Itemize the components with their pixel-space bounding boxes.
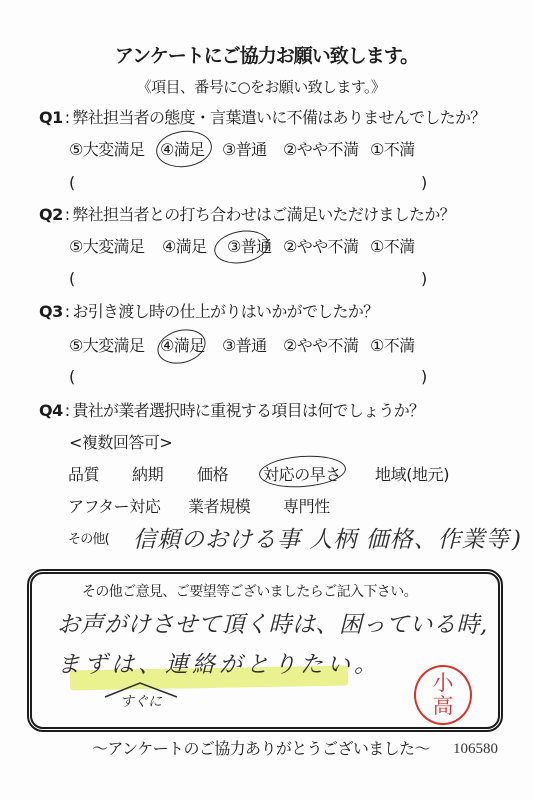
q2-option-4: ④満足 [162, 236, 207, 258]
feedback-handwritten-line-2: まずは、連絡がとりたい。 [57, 649, 381, 681]
seal-char-2: 高 [433, 695, 454, 718]
q3-option-2: ②やや不満 [283, 335, 358, 357]
question-text: 貴社が業者選択時に重視する項目は何でしょうか？ [72, 401, 424, 420]
q2-option-2: ②やや不満 [283, 236, 358, 258]
question-q1: Q1:弊社担当者の態度・言葉遣いに不備はありませんでしたか？ [39, 107, 486, 129]
q4-item-region: 地域(地元) [375, 464, 449, 486]
q4-item-price: 価格 [197, 464, 228, 486]
feedback-handwritten-line-1: お声がけさせて頂く時は、困っている時, [57, 609, 488, 641]
q4-other-close: ) [512, 524, 521, 556]
instruction-text: 《項目、番号に○をお願い致します。》 [0, 76, 522, 98]
q4-item-expertise: 専門性 [283, 496, 330, 518]
question-q4: Q4:貴社が業者選択時に重視する項目は何でしょうか？ [39, 400, 424, 422]
q3-option-3: ③普通 [222, 335, 267, 357]
question-q3: Q3:お引き渡し時の仕上がりはいかがでしたか？ [39, 301, 378, 323]
q3-answer-circle [154, 324, 210, 369]
form-number: 106580 [453, 738, 498, 760]
question-text: 弊社担当者との打ち合わせはご満足いただけましたか？ [72, 205, 455, 224]
q1-answer-circle [154, 128, 214, 171]
survey-form: アンケートにご協力お願い致します。 《項目、番号に○をお願い致します。》 Q1:… [0, 0, 533, 800]
q1-option-3: ③普通 [222, 139, 267, 161]
q4-other-label: その他( [68, 529, 109, 551]
feedback-prompt: その他ご意見、ご要望等ございましたらご記入下さい。 [82, 581, 417, 603]
hanko-seal-icon: 小 高 [414, 665, 472, 725]
q1-comment-close: ) [421, 172, 427, 194]
q1-option-1: ①不満 [370, 139, 415, 161]
footer-thanks: 〜アンケートのご協力ありがとうございました〜 [92, 738, 430, 760]
q1-option-5: ⑤大変満足 [69, 139, 144, 161]
q2-comment-close: ) [421, 268, 427, 290]
q2-answer-circle [212, 226, 272, 267]
question-label: Q4 [39, 401, 63, 420]
question-separator: : [65, 108, 70, 127]
form-title: アンケートにご協力お願い致します。 [0, 45, 533, 67]
q1-comment-open: ( [69, 172, 75, 194]
question-text: お引き渡し時の仕上がりはいかがでしたか？ [72, 302, 378, 321]
q3-option-1: ①不満 [370, 335, 415, 357]
q4-item-after-service: アフター対応 [68, 496, 160, 518]
question-text: 弊社担当者の態度・言葉遣いに不備はありませんでしたか？ [72, 108, 485, 127]
question-separator: : [65, 401, 70, 420]
question-label: Q3 [39, 302, 63, 321]
question-q2: Q2:弊社担当者との打ち合わせはご満足いただけましたか？ [39, 204, 455, 226]
q4-item-quality: 品質 [68, 464, 99, 486]
question-separator: : [65, 302, 70, 321]
q3-comment-close: ) [421, 366, 427, 388]
feedback-insertion-text: すぐに [120, 693, 162, 711]
q4-item-company-size: 業者規模 [188, 496, 250, 518]
q2-option-1: ①不満 [370, 236, 415, 258]
seal-char-1: 小 [433, 672, 454, 695]
question-label: Q2 [39, 205, 63, 224]
question-separator: : [65, 205, 70, 224]
multiple-answer-note: <複数回答可> [69, 432, 172, 454]
q4-other-handwritten: 信頼のおける事 人柄 価格、作業等 [133, 524, 510, 556]
q2-comment-open: ( [69, 268, 75, 290]
q4-item-delivery: 納期 [132, 464, 163, 486]
q2-option-5: ⑤大変満足 [69, 236, 144, 258]
q1-option-2: ②やや不満 [283, 139, 358, 161]
question-label: Q1 [39, 108, 63, 127]
q3-comment-open: ( [69, 366, 75, 388]
q3-option-5: ⑤大変満足 [69, 335, 144, 357]
